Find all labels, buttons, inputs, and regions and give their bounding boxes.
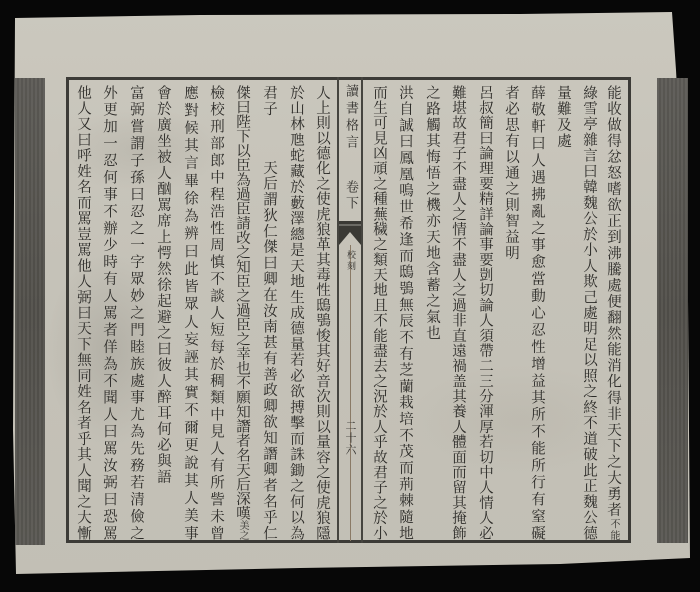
text-column: 外更加一忍何事不辦少時有人罵者佯為不聞人曰罵汝弼曰恐罵 [97, 85, 121, 540]
text-column: 薛敬軒曰人遇拂亂之事愈當動心忍性增益其所不能所行有窒礙 [525, 85, 549, 540]
text-column: 人上則以德化之使虎狼革其毒性鴟鴞悛其好音次則以量容之使虎狼隱 [310, 85, 334, 540]
text-column: 於山林虺蛇藏於藪澤總是天地生成德量若必欲搏擊而誅鋤之何以為 [284, 85, 308, 540]
text-column: 而生可見凶頑之種蕪穢之類天地且不能盡去之況於人乎故君子之於小 [367, 85, 391, 540]
text-column: 能收做得忿怒嗜欲正到沸騰處便翻然能消化得非天下之大勇者不能 [601, 85, 625, 540]
carver-note: 校刻 [338, 250, 362, 272]
text-column: 他人又曰呼姓名而罵豈罵他人弼曰天下無同姓名者乎其人聞之大慚 [71, 85, 95, 540]
text-column: 傑曰陛下以臣為過臣請改之知臣之過臣之幸也不願知譖者名天后深嘆美之 [230, 85, 254, 540]
text-column: 檢校刑部郎中程浩性周慎不談人短每於稠類中見人有所訾未曾 [204, 85, 228, 540]
book-title: 讀書格言 [338, 84, 362, 152]
volume-label: 卷下 [338, 180, 362, 212]
text-column: 應對候其言畢徐為辨曰此皆眾人妄誣其實不爾更說其人美事 [178, 85, 202, 540]
text-column: 呂叔簡曰論理要精詳論事要剴切論人須帶二三分渾厚若切中人情人必 [473, 85, 497, 540]
page-number: 二十六 [338, 420, 362, 456]
text-column: 會於廣坐被人酗罵席上愕然徐起避之曰彼人醉耳何必與語 [151, 85, 175, 540]
left-edge-strip [15, 78, 45, 545]
text-column-continuation: 天后謂狄仁傑曰卿在汝南甚有善政卿欲知譖卿者名乎仁 [257, 160, 281, 540]
right-edge-strip [657, 78, 688, 543]
fish-tail-ornament-icon [339, 221, 361, 245]
text-column: 量難及處 [551, 85, 575, 540]
text-column: 洪自誠曰鳳凰鳴世希逢而鴟鴞無辰不有芝蘭栽培不茂而荊棘隨地 [393, 85, 417, 540]
text-column: 綠雪亭雜言曰韓魏公於小人欺己處明足以照之終不道破此正魏公德 [577, 85, 601, 540]
text-column: 之路觸其悔悟之機亦天地含蓄之氣也 [420, 85, 444, 540]
text-column: 難堪故君子不盡人之情不盡人之過非直遠禍盖其養人體面而留其掩飾 [446, 85, 470, 540]
fold-center-line [350, 245, 351, 541]
text-column: 富弼嘗謂子孫曰忍之一字眾妙之門睦族處事尤為先務若清儉之 [124, 85, 148, 540]
text-column: 者必思有以通之則智益明 [499, 85, 523, 540]
